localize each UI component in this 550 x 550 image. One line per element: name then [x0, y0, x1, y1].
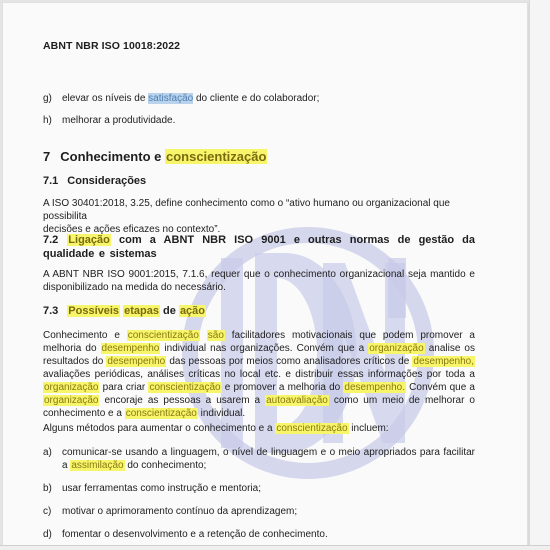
highlighted-term[interactable]: conscientização: [125, 408, 198, 419]
highlighted-term[interactable]: conscientização: [165, 149, 267, 164]
method-item-a: a) comunicar-se usando a linguagem, o ní…: [43, 446, 475, 472]
text-run: Conhecimento e: [43, 330, 127, 341]
highlighted-term[interactable]: autoavaliação: [265, 395, 329, 406]
highlighted-term[interactable]: organização: [43, 395, 99, 406]
section-7-3-paragraph: Conhecimento e conscientização são facil…: [43, 329, 475, 420]
text-run: de: [160, 305, 179, 317]
highlighted-term[interactable]: etapas: [123, 305, 160, 317]
list-marker: d): [43, 528, 52, 541]
paragraph-line: A ISO 30401:2018, 3.25, define conhecime…: [43, 197, 475, 223]
text-run: Convém que a: [406, 382, 475, 393]
method-item-c: c) motivar o aprimoramento contínuo da a…: [43, 505, 475, 518]
list-marker: h): [43, 114, 52, 127]
highlighted-term[interactable]: conscientização: [127, 330, 200, 341]
text-run: do conhecimento;: [125, 460, 207, 471]
text-run: individual nas organizações. Convém que …: [160, 343, 368, 354]
section-7-2-paragraph: A ABNT NBR ISO 9001:2015, 7.1.6, requer …: [43, 268, 475, 294]
section-number: 7.3: [43, 305, 58, 317]
highlighted-term[interactable]: organização: [43, 382, 99, 393]
method-item-b: b) usar ferramentas como instrução e men…: [43, 482, 475, 495]
highlighted-term[interactable]: ação: [179, 305, 206, 317]
list-item-text[interactable]: elevar os níveis de satisfação do client…: [62, 92, 475, 105]
list-item-text: fomentar o desenvolvimento e a retenção …: [62, 528, 475, 541]
section-7-1-paragraph: A ISO 30401:2018, 3.25, define conhecime…: [43, 197, 475, 236]
highlighted-term[interactable]: desempenho.: [343, 382, 406, 393]
list-marker: c): [43, 505, 51, 518]
highlighted-term[interactable]: conscientização: [148, 382, 221, 393]
list-marker: b): [43, 482, 52, 495]
highlighted-term[interactable]: desempenho: [106, 356, 166, 367]
page-bottom-edge: [0, 545, 550, 550]
list-item-h: h) melhorar a produtividade.: [43, 114, 475, 127]
list-item-text[interactable]: melhorar a produtividade.: [62, 114, 475, 127]
section-number: 7.2: [43, 234, 58, 246]
highlighted-term[interactable]: assimilação: [70, 460, 124, 471]
text-run: e promover a melhoria do: [222, 382, 344, 393]
list-item-text: usar ferramentas como instrução e mentor…: [62, 482, 475, 495]
text-run: do cliente e do colaborador;: [193, 93, 319, 104]
text-run: das pessoas por meios como analisadores …: [166, 356, 412, 367]
highlighted-term[interactable]: Ligação: [67, 234, 111, 246]
list-item-g: g) elevar os níveis de satisfação do cli…: [43, 92, 475, 105]
section-7-1-heading: 7.1Considerações: [43, 174, 475, 188]
highlighted-term[interactable]: organização: [368, 343, 424, 354]
highlighted-term[interactable]: desempenho: [101, 343, 161, 354]
text-run: [200, 330, 207, 341]
list-marker: g): [43, 92, 52, 105]
section-7-2-heading: 7.2Ligação com a ABNT NBR ISO 9001 e out…: [43, 233, 475, 261]
section-title: Conhecimento e: [60, 149, 165, 164]
highlighted-term[interactable]: são: [207, 330, 225, 341]
methods-intro: Alguns métodos para aumentar o conhecime…: [43, 422, 475, 435]
text-run: Alguns métodos para aumentar o conhecime…: [43, 423, 275, 434]
document-page: ABNT NBR ISO 10018:2022 g) elevar os nív…: [2, 2, 528, 548]
highlighted-term[interactable]: desempenho,: [412, 356, 475, 367]
section-7-heading: 7Conhecimento e conscientização: [43, 149, 267, 164]
section-7-3-heading: 7.3Possíveis etapas de ação: [43, 304, 475, 318]
text-run: individual.: [198, 408, 245, 419]
text-run: incluem:: [349, 423, 389, 434]
text-run: encoraje as pessoas a usarem a: [99, 395, 265, 406]
section-number: 7: [43, 149, 50, 164]
text-run: para criar: [99, 382, 148, 393]
highlighted-term[interactable]: conscientização: [275, 423, 348, 434]
list-marker: a): [43, 446, 52, 459]
selected-text[interactable]: satisfação: [148, 93, 193, 104]
list-item-text: comunicar-se usando a linguagem, o nível…: [62, 446, 475, 472]
section-number: 7.1: [43, 175, 58, 187]
vertical-scrollbar-track[interactable]: [529, 0, 550, 550]
section-title: Considerações: [67, 175, 146, 187]
section-title: Possíveis etapas de ação: [67, 305, 206, 317]
text-run: elevar os níveis de: [62, 93, 148, 104]
list-item-text: motivar o aprimoramento contínuo da apre…: [62, 505, 475, 518]
method-item-d: d) fomentar o desenvolvimento e a retenç…: [43, 528, 475, 541]
highlighted-term[interactable]: Possíveis: [67, 305, 120, 317]
document-header: ABNT NBR ISO 10018:2022: [43, 40, 180, 52]
text-run: avaliações periódicas, análises críticas…: [43, 369, 475, 380]
